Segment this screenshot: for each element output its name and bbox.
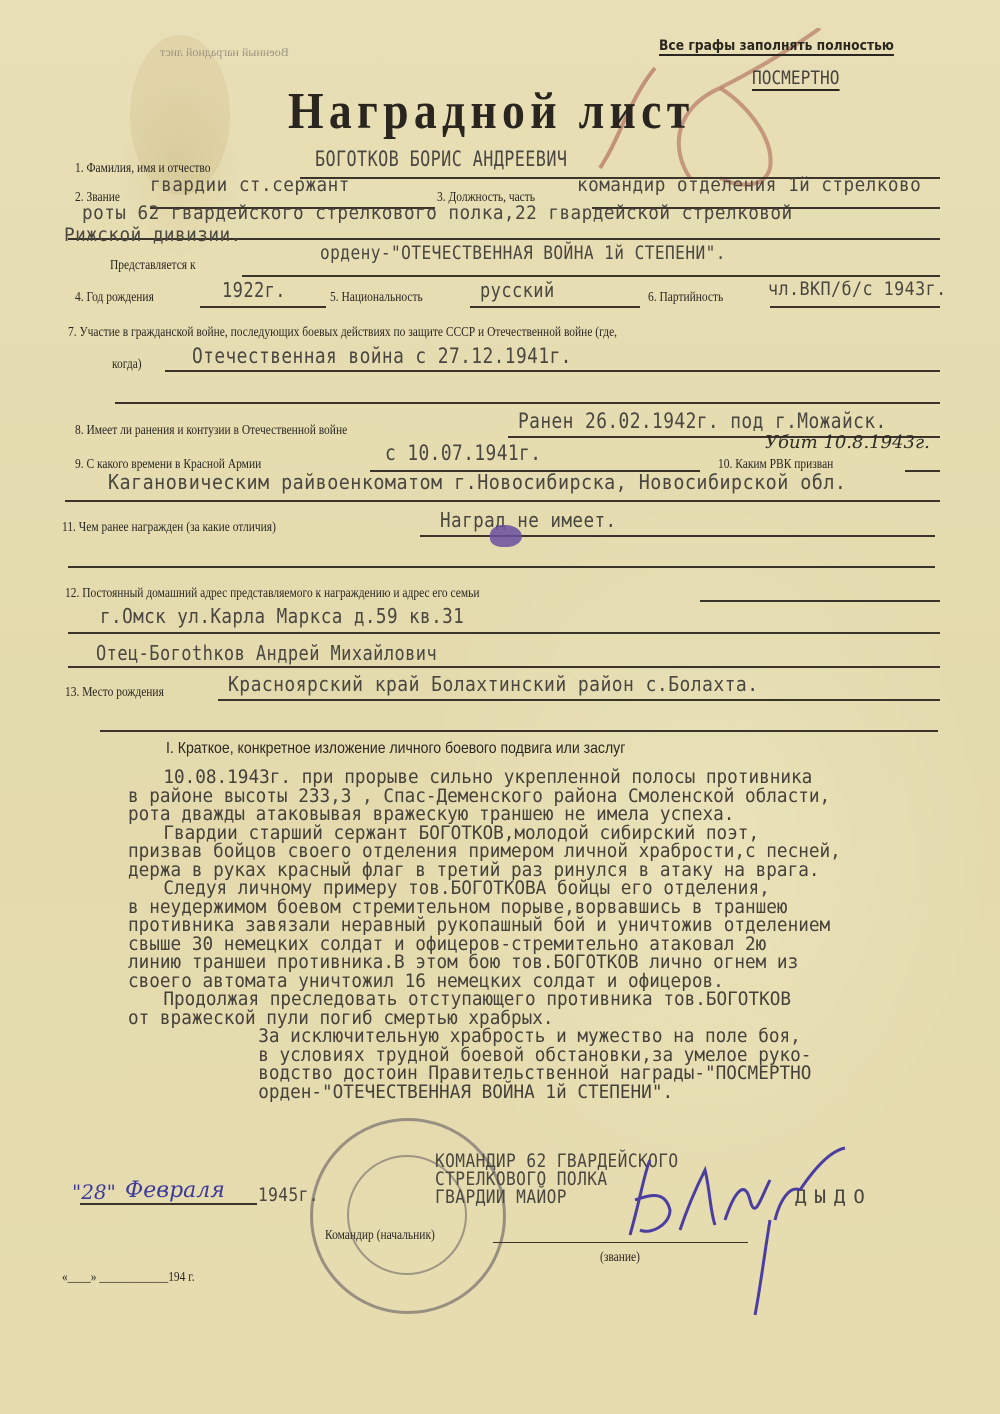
field-6-line [770, 306, 940, 308]
field-7-value[interactable]: Отечественная война с 27.12.1941г. [192, 344, 572, 368]
blank-date-line: «____» ____________194 г. [62, 1270, 195, 1286]
field-3-value-line1[interactable]: командир отделения 1й стрелково [577, 174, 921, 196]
narrative-line: Продолжая преследовать отступающего прот… [128, 990, 928, 1009]
field-5-line [470, 306, 640, 308]
field-11-label: 11. Чем ранее награжден (за какие отличи… [62, 520, 276, 536]
rank-label: (звание) [600, 1250, 640, 1266]
field-10-line [905, 470, 940, 472]
field-7-label-line2: когда) [112, 357, 142, 373]
narrative-line: противника завязали неравный рукопашный … [128, 916, 928, 935]
signature-date-year: 1945г. [258, 1184, 319, 1206]
field-6-label: 6. Партийность [648, 290, 723, 306]
faint-mirror-header: Военный наградной лист [160, 45, 289, 60]
date-month-line [95, 1203, 257, 1205]
field-8-label: 8. Имеет ли ранения и контузии в Отечест… [75, 423, 347, 439]
field-5-value[interactable]: русский [480, 278, 555, 302]
fill-all-fields-note: Все графы заполнять полностью [659, 38, 894, 56]
narrative-line: Следуя личному примеру тов.БОГОТКОВА бой… [128, 879, 928, 898]
signature-scrawl [610, 1140, 870, 1320]
field-2-value[interactable]: гвардии ст.сержант [150, 174, 350, 196]
field-5-label: 5. Национальность [330, 290, 423, 306]
field-10-line-2 [65, 500, 940, 502]
narrative-line: призвав бойцов своего отделения примером… [128, 842, 928, 861]
commander-rank: ГВАРДИИ МАЙОР [435, 1186, 567, 1208]
field-3-value-line2[interactable]: роты 62 гвардейского стрелкового полка,2… [82, 202, 793, 224]
field-8-handwritten-killed: Убит 10.8.1943г. [765, 432, 930, 453]
field-12-line-2 [68, 632, 940, 634]
field-8-value[interactable]: Ранен 26.02.1942г. под г.Можайск. [518, 409, 887, 433]
nominated-value[interactable]: ордену-"ОТЕЧЕСТВЕННАЯ ВОЙНА 1й СТЕПЕНИ". [320, 242, 726, 264]
signature-date-month: Февраля [125, 1178, 225, 1203]
field-13-line-2 [100, 730, 938, 732]
field-7-line-2 [115, 402, 940, 404]
official-stamp [310, 1118, 506, 1314]
field-13-label: 13. Место рождения [65, 685, 164, 701]
narrative-line: орден-"ОТЕЧЕСТВЕННАЯ ВОЙНА 1й СТЕПЕНИ". [128, 1083, 928, 1102]
narrative-line: водство достоин Правительственной наград… [128, 1064, 928, 1083]
field-7-label-line1: 7. Участие в гражданской войне, последую… [68, 325, 617, 341]
section-1-heading: I. Краткое, конкретное изложение личного… [166, 740, 625, 758]
field-11-line-2 [68, 566, 935, 568]
field-10-value[interactable]: Кагановическим райвоенкоматом г.Новосиби… [108, 470, 846, 494]
field-12-label: 12. Постоянный домашний адрес представля… [65, 586, 480, 602]
field-11-value[interactable]: Наград не имеет. [440, 508, 617, 532]
field-7-line [165, 370, 940, 372]
field-3-value-line3[interactable]: Рижской дивизии. [64, 224, 242, 246]
field-12-line-3 [68, 666, 940, 668]
signature-date-day: "28" [72, 1180, 116, 1205]
field-9-value[interactable]: с 10.07.1941г. [385, 441, 541, 465]
narrative-line: 10.08.1943г. при прорыве сильно укреплен… [128, 768, 928, 787]
narrative-line: рота дважды атаковывая вражескую траншею… [128, 805, 928, 824]
field-6-value[interactable]: чл.ВКП/б/с 1943г. [768, 278, 947, 300]
field-12-value-line1[interactable]: г.Омск ул.Карла Маркса д.59 кв.31 [100, 604, 464, 628]
narrative-line: За исключительную храбрость и мужество н… [128, 1027, 928, 1046]
field-1-value[interactable]: БОГОТКОВ БОРИС АНДРЕЕВИЧ [315, 147, 567, 171]
nominated-label: Представляется к [110, 258, 196, 274]
commander-label: Командир (начальник) [325, 1228, 435, 1244]
purple-ink-blot [490, 525, 522, 547]
commander-line [493, 1242, 748, 1243]
field-13-line [218, 699, 940, 701]
page-title: Наградной лист [288, 82, 695, 141]
field-4-value[interactable]: 1922г. [222, 278, 286, 302]
posthumous-mark: ПОСМЕРТНО [752, 67, 840, 91]
section-1-narrative: 10.08.1943г. при прорыве сильно укреплен… [128, 768, 928, 1101]
nominated-line [242, 275, 940, 277]
field-12-line [700, 600, 940, 602]
narrative-line: линию траншеи противника.В этом бою тов.… [128, 953, 928, 972]
field-4-line [200, 306, 326, 308]
field-12-value-line2[interactable]: Отец-Богothков Андрей Михайлович [96, 641, 437, 665]
field-4-label: 4. Год рождения [75, 290, 154, 306]
field-13-value[interactable]: Красноярский край Болахтинский район с.Б… [228, 672, 758, 696]
